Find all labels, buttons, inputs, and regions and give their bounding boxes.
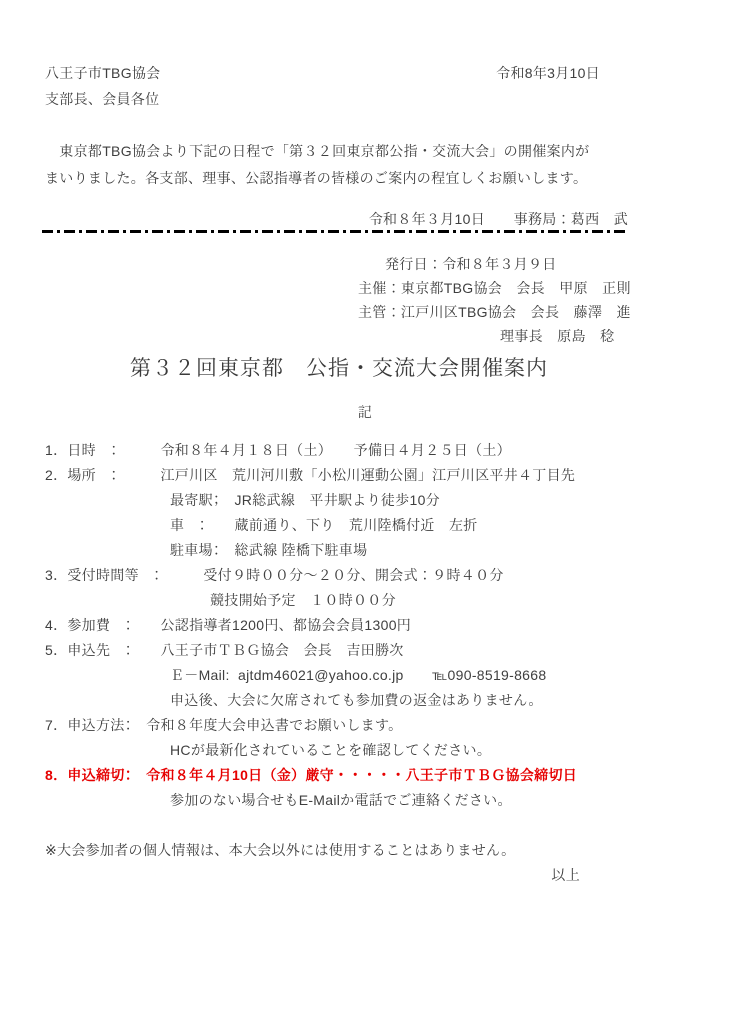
privacy-note: ※大会参加者の個人情報は、本大会以外には使用することはありません。 (0, 838, 730, 863)
managing-org-line: 主管：江戸川区TBG協会 会長 藤澤 進 (0, 300, 730, 324)
host-org-line: 主催：東京都TBG協会 会長 甲原 正則 (0, 276, 730, 300)
item-2-location: 2．場所 ： 江戸川区 荒川河川敷「小松川運動公園」江戸川区平井４丁目先 (0, 463, 730, 488)
director-line: 理事長 原島 稔 (0, 324, 730, 348)
document-date: 令和8年3月10日 (496, 60, 600, 86)
addressee: 支部長、会員各位 (0, 86, 730, 112)
item-5-application-contact: 5．申込先 ： 八王子市ＴＢＧ協会 会長 吉田勝次 (0, 638, 730, 663)
document-page: 八王子市TBG協会 令和8年3月10日 支部長、会員各位 東京都TBG協会より下… (0, 0, 730, 1033)
intro-line-1: 東京都TBG協会より下記の日程で「第３２回東京都公指・交流大会」の開催案内が (0, 138, 730, 165)
item-4-entry-fee: 4．参加費 ： 公認指導者1200円、都協会会員1300円 (0, 613, 730, 638)
item-3-competition-start: 競技開始予定 １０時００分 (0, 588, 730, 613)
item-8-contact-note: 参加のない場合せもE-Mailか電話でご連絡ください。 (0, 788, 730, 813)
item-5-no-refund-note: 申込後、大会に欠席されても参加費の返金はありません。 (0, 688, 730, 713)
intro-line-2: まいりました。各支部、理事、公認指導者の皆様のご案内の程宜しくお願いします。 (0, 165, 730, 192)
notice-date-office: 令和８年３月10日 事務局：葛西 武 (0, 208, 730, 230)
item-1-datetime: 1．日時 ： 令和８年４月１８日（土） 予備日４月２５日（土） (0, 438, 730, 463)
issue-date: 発行日：令和８年３月９日 (0, 252, 730, 276)
item-2-nearest-station: 最寄駅； JR総武線 平井駅より徒歩10分 (0, 488, 730, 513)
item-8-deadline: 8．申込締切： 令和８年４月10日（金）厳守・・・・・八王子市ＴＢＧ協会締切日 (0, 763, 730, 788)
item-2-by-car: 車 ： 蔵前通り、下り 荒川陸橋付近 左折 (0, 513, 730, 538)
record-mark: 記 (0, 400, 730, 425)
item-5-email-tel: Ｅ－Mail: ajtdm46021@yahoo.co.jp ℡090-8519… (0, 663, 730, 688)
announcement-list: 1．日時 ： 令和８年４月１８日（土） 予備日４月２５日（土） 2．場所 ： 江… (0, 438, 730, 813)
closing-mark: 以上 (0, 863, 730, 888)
header-row: 八王子市TBG協会 令和8年3月10日 (0, 60, 730, 86)
item-3-reception-time: 3．受付時間等 ： 受付９時００分～２０分、開会式：９時４０分 (0, 563, 730, 588)
page-title: 第３２回東京都 公指・交流大会開催案内 (0, 354, 730, 384)
item-7-application-method: 7．申込方法： 令和８年度大会申込書でお願いします。 (0, 713, 730, 738)
dash-dot-divider (42, 230, 628, 233)
sender-org: 八王子市TBG協会 (45, 60, 160, 86)
item-2-parking: 駐車場： 総武線 陸橋下駐車場 (0, 538, 730, 563)
item-7-hc-note: HCが最新化されていることを確認してください。 (0, 738, 730, 763)
